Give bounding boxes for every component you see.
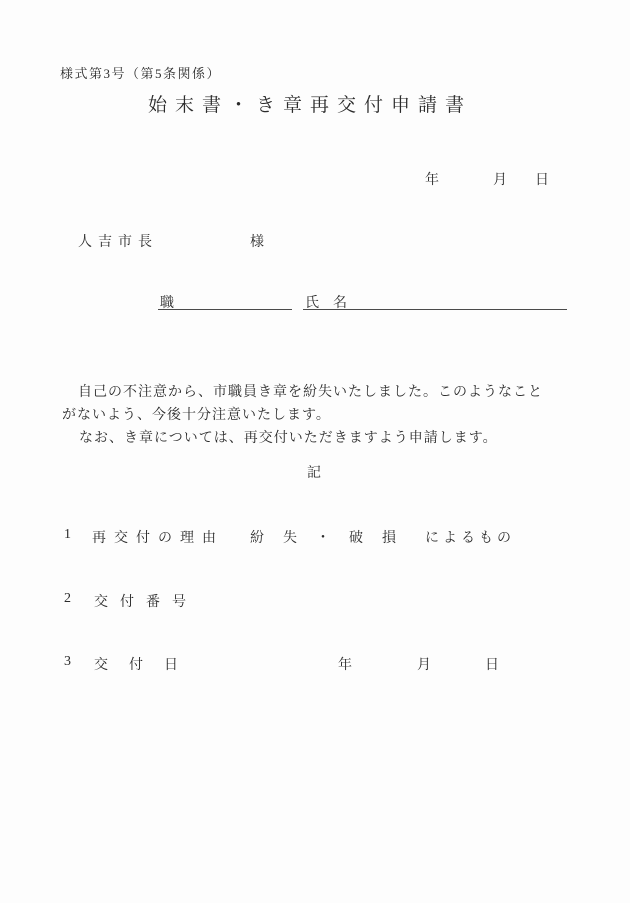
item-3-label-issue-date: 交付日 xyxy=(94,654,199,674)
page-title: 始末書・き章再交付申請書 xyxy=(148,90,472,117)
item-3-number: 3 xyxy=(64,654,71,670)
header-date-day-label: 日 xyxy=(535,169,549,189)
record-marker: 記 xyxy=(307,462,321,482)
item-1-suffix: によるもの xyxy=(425,527,515,547)
header-date-year-label: 年 xyxy=(425,169,439,189)
item-1-options-lost-damaged: 紛 失 ・ 破 損 xyxy=(250,527,399,547)
body-text-line-2: がないよう、今後十分注意いたします。 xyxy=(62,404,331,424)
body-text-line-3: なお、き章については、再交付いただきますよう申請します。 xyxy=(79,427,498,447)
signature-position-blank-line xyxy=(158,309,292,310)
body-text-line-1: 自己の不注意から、市職員き章を紛失いたしました。このようなこと xyxy=(78,381,543,401)
item-3-day-label: 日 xyxy=(485,654,499,674)
item-2-label-issue-number: 交付番号 xyxy=(94,591,198,611)
addressee-honorific: 様 xyxy=(250,231,264,251)
item-3-month-label: 月 xyxy=(417,654,431,674)
item-1-number: 1 xyxy=(64,527,71,543)
signature-name-blank-line xyxy=(303,309,567,310)
item-3-year-label: 年 xyxy=(338,654,352,674)
item-1-label-reason: 再交付の理由 xyxy=(92,527,224,547)
document-page: 様式第3号（第5条関係） 始末書・き章再交付申請書 年 月 日 人吉市長 様 職… xyxy=(0,0,630,903)
addressee-name: 人吉市長 xyxy=(78,231,158,251)
header-date-month-label: 月 xyxy=(493,169,507,189)
item-2-number: 2 xyxy=(64,591,71,607)
form-number: 様式第3号（第5条関係） xyxy=(60,63,221,82)
